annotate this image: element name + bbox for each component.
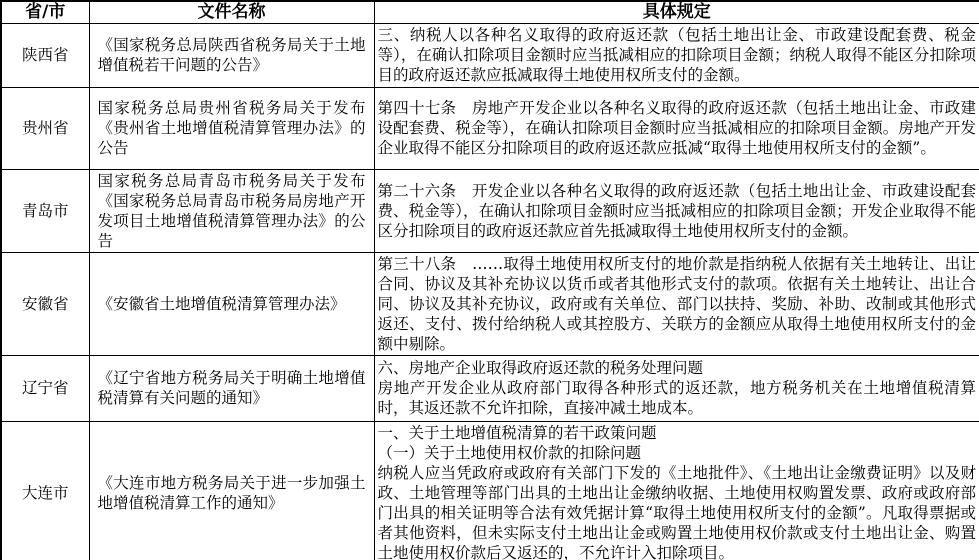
region-cell: 陕西省 xyxy=(1,23,89,87)
table-row-guizhou: 贵州省 国家税务总局贵州省税务局关于发布《贵州省土地增值税清算管理办法》的公告 … xyxy=(1,87,979,169)
regulation-cell: 第四十七条 房地产开发企业以各种名义取得的政府返还款（包括土地出让金、市政建设配… xyxy=(374,87,979,169)
regulation-cell: 第三十八条 ……取得土地使用权所支付的地价款是指纳税人依据有关土地转让、出让合同… xyxy=(374,252,979,355)
regulation-cell: 第二十六条 开发企业以各种名义取得的政府返还款（包括土地出让金、市政建设配套费、… xyxy=(374,169,979,252)
table-row-qingdao: 青岛市 国家税务总局青岛市税务局关于发布《国家税务总局青岛市税务局房地产开发项目… xyxy=(1,169,979,252)
document-name-cell: 国家税务总局贵州省税务局关于发布《贵州省土地增值税清算管理办法》的公告 xyxy=(89,87,374,169)
table-row-anhui: 安徽省 《安徽省土地增值税清算管理办法》 第三十八条 ……取得土地使用权所支付的… xyxy=(1,252,979,355)
region-cell: 安徽省 xyxy=(1,252,89,355)
document-name-cell: 《大连市地方税务局关于进一步加强土地增值税清算工作的通知》 xyxy=(89,421,374,560)
region-cell: 辽宁省 xyxy=(1,355,89,421)
region-cell: 大连市 xyxy=(1,421,89,560)
column-header-region: 省/市 xyxy=(1,1,89,23)
column-header-document: 文件名称 xyxy=(89,1,374,23)
region-cell: 贵州省 xyxy=(1,87,89,169)
document-page: 省/市 文件名称 具体规定 陕西省 《国家税务总局陕西省税务局关于土地增值税若干… xyxy=(0,0,979,560)
regulation-cell: 六、房地产企业取得政府返还款的税务处理问题 房地产开发企业从政府部门取得各种形式… xyxy=(374,355,979,421)
document-name-cell: 《安徽省土地增值税清算管理办法》 xyxy=(89,252,374,355)
table-row-dalian: 大连市 《大连市地方税务局关于进一步加强土地增值税清算工作的通知》 一、关于土地… xyxy=(1,421,979,560)
table-row-shaanxi: 陕西省 《国家税务总局陕西省税务局关于土地增值税若干问题的公告》 三、纳税人以各… xyxy=(1,23,979,87)
column-header-regulation: 具体规定 xyxy=(374,1,979,23)
document-name-cell: 《辽宁省地方税务局关于明确土地增值税清算有关问题的通知》 xyxy=(89,355,374,421)
table-row-liaoning: 辽宁省 《辽宁省地方税务局关于明确土地增值税清算有关问题的通知》 六、房地产企业… xyxy=(1,355,979,421)
tax-regulations-table: 省/市 文件名称 具体规定 陕西省 《国家税务总局陕西省税务局关于土地增值税若干… xyxy=(0,0,979,560)
regulation-cell: 一、关于土地增值税清算的若干政策问题 （一）关于土地使用权价款的扣除问题 纳税人… xyxy=(374,421,979,560)
region-cell: 青岛市 xyxy=(1,169,89,252)
header-row: 省/市 文件名称 具体规定 xyxy=(1,1,979,23)
document-name-cell: 国家税务总局青岛市税务局关于发布《国家税务总局青岛市税务局房地产开发项目土地增值… xyxy=(89,169,374,252)
document-name-cell: 《国家税务总局陕西省税务局关于土地增值税若干问题的公告》 xyxy=(89,23,374,87)
regulation-cell: 三、纳税人以各种名义取得的政府返还款（包括土地出让金、市政建设配套费、税金等），… xyxy=(374,23,979,87)
